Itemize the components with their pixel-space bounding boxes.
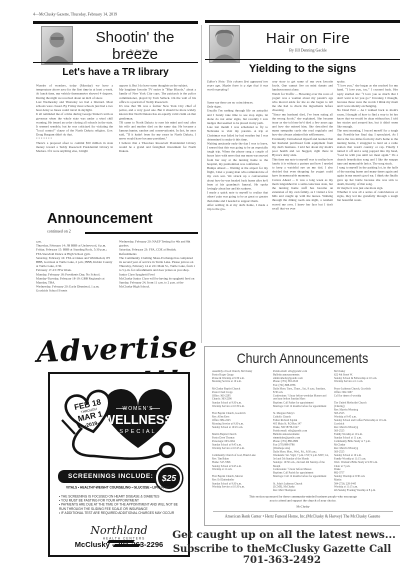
portrait-woman-icon [210, 26, 239, 62]
stethoscope-chestpiece [161, 444, 174, 457]
church-col1-wrap: Assembly of God Church, McClusky Pastor … [212, 370, 268, 492]
columnist-photo-jill-gackle [209, 25, 240, 63]
right-byline: By Jill Denning Gackle [258, 48, 358, 53]
right-top-rule [205, 20, 400, 23]
church-col2-wrap: Parish email: stfx@gondtc.com Bulletin a… [273, 370, 329, 492]
left-article-headline: Let's have a TR library [33, 67, 198, 78]
sponsors-line: American Bank Center • Hertz Funeral Hom… [207, 514, 398, 519]
right-column-title: Hair on Fire [238, 30, 378, 47]
right-article-headline: Yielding to the signs [205, 63, 400, 75]
wellness-heart-graphic: WOMEN'S WELLNESS SPECIAL FEB 18 THROUGH … [52, 376, 186, 468]
wellness-brand-sub: SPECIAL [119, 429, 156, 435]
screenings-items: VITALS • HEALTHY-WEIGHT COUNSELING • GLU… [54, 486, 184, 490]
newspaper-page: 4—McClusky Gazette, Thursday, February 1… [0, 0, 400, 567]
church-col2: Parish email: stfx@gondtc.com Bulletin a… [273, 370, 329, 492]
portrait-man-icon [42, 27, 72, 64]
subscribe-line2: Subscribe to theMcClusky Gazette Call 70… [164, 544, 400, 566]
screenings-bar: SCREENINGS INCLUDE: [58, 470, 168, 483]
sponsor-rule [213, 511, 393, 512]
left-byline-wrap: By Jim Wills [100, 49, 180, 56]
announcements-rule [85, 232, 198, 234]
left-masthead-rule [33, 62, 198, 63]
right-byline-wrap: By Jill Denning Gackle [258, 48, 358, 55]
sponsor-note-wrap: This section sponsored by these communit… [217, 495, 389, 504]
announcements-title: Announcement [47, 211, 153, 227]
editors-note-wrap: Editor's Note: This column first appeare… [207, 80, 268, 100]
column-divider [201, 25, 202, 343]
subscribe-line1: Get caught up on all the latest news... [168, 529, 400, 541]
left-column-title: Shootin' the breeze [72, 29, 198, 63]
left-top-rule [33, 21, 198, 24]
church-col3-wrap: McClusky 622 4th Street W. Sunday School… [334, 370, 394, 492]
announcements-col1: a.m. Thursday, February 14: JH BBB at Un… [36, 240, 113, 293]
right-masthead-rule [205, 59, 400, 60]
church-title: Church Announcements [217, 350, 389, 366]
church-announcements-box: Church Announcements Assembly of God Chu… [204, 346, 400, 526]
church-col1: Assembly of God Church, McClusky Pastor … [212, 370, 268, 489]
right-article-col3-wrap: spoke. “I love you,” she began as she re… [337, 80, 398, 343]
left-article-col2: oppose it. But I do have some thoughts o… [119, 84, 196, 154]
editors-note: Editor's Note: This column first appeare… [207, 80, 268, 92]
page-dateline: 4—McClusky Gazette, Thursday, February 1… [33, 12, 193, 17]
left-byline: By Jim Wills [100, 49, 180, 54]
announcements-col2: Wednesday, February 20: NAEP Testing for… [119, 240, 196, 289]
right-article-col2: cery store to get some of my own favorit… [272, 80, 333, 211]
sponsors-wrap: American Bank Center • Hertz Funeral Hom… [207, 514, 398, 522]
wellness-brand-top: WOMEN'S [122, 406, 153, 412]
right-article-col1-wrap: Some say there are no coincidences. Only… [207, 101, 268, 343]
left-article-col2-wrap: oppose it. But I do have some thoughts o… [119, 84, 196, 212]
screenings-items-wrap: VITALS • HEALTHY-WEIGHT COUNSELING • GLU… [54, 486, 184, 493]
announcements-col1-wrap: a.m. Thursday, February 14: JH BBB at Un… [36, 240, 113, 332]
left-article-col1: Wonder of wonders, today (Monday) we hav… [36, 84, 113, 154]
sponsor-city: McClusky [265, 505, 341, 509]
announcements-col2-wrap: Wednesday, February 20: NAEP Testing for… [119, 240, 196, 332]
left-article-col1-wrap: Wonder of wonders, today (Monday) we hav… [36, 84, 113, 212]
page-dateline-wrap: 4—McClusky Gazette, Thursday, February 1… [33, 12, 193, 20]
columnist-photo-jim-wills [41, 26, 73, 65]
church-col3: McClusky 622 4th Street W. Sunday School… [334, 370, 394, 492]
right-article-col1: Some say there are no coincidences. Only… [207, 101, 268, 212]
ad-bullets-wrap: • THE SCREENING IS FOCUSED ON HEART DISE… [59, 495, 181, 525]
ad-bullets: • THE SCREENING IS FOCUSED ON HEART DISE… [59, 495, 181, 515]
sponsor-note: This section sponsored by these communit… [217, 495, 389, 503]
right-article-col3: spoke. “I love you,” she began as she re… [337, 80, 398, 203]
wellness-brand-main: WELLNESS [103, 413, 172, 427]
right-article-col2-wrap: cery store to get some of my own favorit… [272, 80, 333, 343]
